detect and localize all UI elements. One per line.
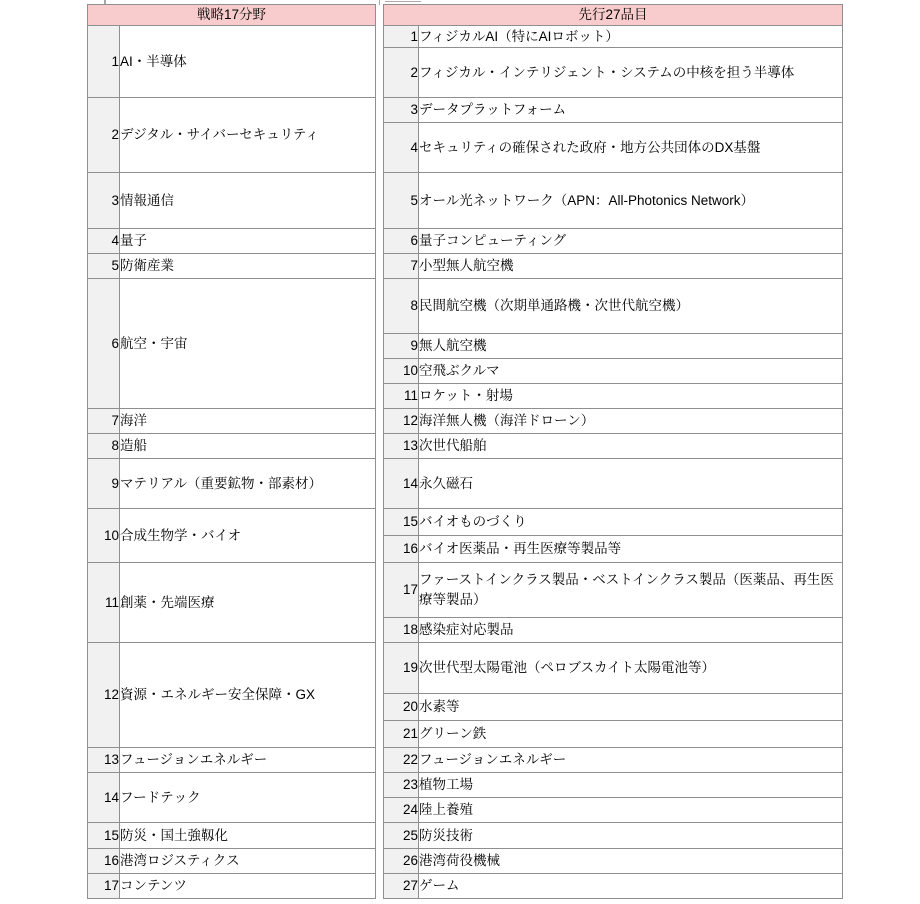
field-number-cell: 17 — [88, 874, 120, 899]
item-number-cell: 1 — [384, 26, 419, 48]
item-label-cell: ロケット・射場 — [419, 384, 843, 409]
item-label-cell: ゲーム — [419, 874, 843, 899]
field-number-cell: 7 — [88, 409, 120, 434]
item-label-cell: 港湾荷役機械 — [419, 849, 843, 874]
field-row: 2デジタル・サイバーセキュリティ — [88, 98, 376, 173]
item-number-cell: 2 — [384, 48, 419, 98]
item-number-cell: 24 — [384, 798, 419, 823]
item-row: 8民間航空機（次期単通路機・次世代航空機） — [384, 279, 843, 334]
items-column-header: 先行27品目 — [384, 5, 843, 26]
item-row: 6量子コンピューティング — [384, 229, 843, 254]
item-label-cell: フィジカルAI（特にAIロボット） — [419, 26, 843, 48]
item-label-cell: オール光ネットワーク（APN：All-Photonics Network） — [419, 173, 843, 229]
item-row: 2フィジカル・インテリジェント・システムの中核を担う半導体 — [384, 48, 843, 98]
field-row: 14フードテック — [88, 773, 376, 823]
field-number-cell: 15 — [88, 823, 120, 849]
item-label-cell: 次世代船舶 — [419, 434, 843, 459]
item-number-cell: 19 — [384, 643, 419, 694]
field-number-cell: 5 — [88, 254, 120, 279]
item-label-cell: 無人航空機 — [419, 334, 843, 359]
item-number-cell: 6 — [384, 229, 419, 254]
item-number-cell: 4 — [384, 123, 419, 173]
field-row: 15防災・国土強靱化 — [88, 823, 376, 849]
field-row: 5防衛産業 — [88, 254, 376, 279]
field-label-cell: 造船 — [120, 434, 376, 459]
field-label-cell: 航空・宇宙 — [120, 279, 376, 409]
field-number-cell: 4 — [88, 229, 120, 254]
field-number-cell: 12 — [88, 643, 120, 748]
item-row: 14永久磁石 — [384, 459, 843, 509]
item-row: 9無人航空機 — [384, 334, 843, 359]
field-label-cell: 量子 — [120, 229, 376, 254]
item-row: 10空飛ぶクルマ — [384, 359, 843, 384]
field-number-cell: 14 — [88, 773, 120, 823]
strategy-fields-table: 戦略17分野 1AI・半導体2デジタル・サイバーセキュリティ3情報通信4量子5防… — [87, 4, 376, 899]
field-number-cell: 8 — [88, 434, 120, 459]
field-row: 6航空・宇宙 — [88, 279, 376, 409]
field-row: 3情報通信 — [88, 173, 376, 229]
field-number-cell: 2 — [88, 98, 120, 173]
item-label-cell: セキュリティの確保された政府・地方公共団体のDX基盤 — [419, 123, 843, 173]
field-row: 11創薬・先端医療 — [88, 563, 376, 643]
field-label-cell: 創薬・先端医療 — [120, 563, 376, 643]
field-number-cell: 9 — [88, 459, 120, 509]
field-label-cell: フードテック — [120, 773, 376, 823]
item-row: 18感染症対応製品 — [384, 618, 843, 643]
field-row: 13フュージョンエネルギー — [88, 748, 376, 773]
item-number-cell: 22 — [384, 748, 419, 773]
item-label-cell: 感染症対応製品 — [419, 618, 843, 643]
item-row: 17ファーストインクラス製品・ベストインクラス製品（医薬品、再生医療等製品） — [384, 563, 843, 618]
item-number-cell: 14 — [384, 459, 419, 509]
item-number-cell: 13 — [384, 434, 419, 459]
item-label-cell: バイオ医薬品・再生医療等製品等 — [419, 536, 843, 563]
field-label-cell: デジタル・サイバーセキュリティ — [120, 98, 376, 173]
item-label-cell: フィジカル・インテリジェント・システムの中核を担う半導体 — [419, 48, 843, 98]
item-number-cell: 3 — [384, 98, 419, 123]
item-row: 26港湾荷役機械 — [384, 849, 843, 874]
field-label-cell: 港湾ロジスティクス — [120, 849, 376, 874]
field-label-cell: コンテンツ — [120, 874, 376, 899]
item-label-cell: フュージョンエネルギー — [419, 748, 843, 773]
item-number-cell: 15 — [384, 509, 419, 536]
item-number-cell: 11 — [384, 384, 419, 409]
field-row: 4量子 — [88, 229, 376, 254]
item-label-cell: 水素等 — [419, 694, 843, 721]
item-number-cell: 5 — [384, 173, 419, 229]
item-label-cell: 植物工場 — [419, 773, 843, 798]
item-label-cell: バイオものづくり — [419, 509, 843, 536]
field-row: 17コンテンツ — [88, 874, 376, 899]
field-row: 1AI・半導体 — [88, 26, 376, 98]
item-label-cell: 民間航空機（次期単通路機・次世代航空機） — [419, 279, 843, 334]
item-number-cell: 23 — [384, 773, 419, 798]
item-label-cell: 量子コンピューティング — [419, 229, 843, 254]
field-row: 12資源・エネルギー安全保障・GX — [88, 643, 376, 748]
field-label-cell: マテリアル（重要鉱物・部素材） — [120, 459, 376, 509]
item-number-cell: 27 — [384, 874, 419, 899]
item-number-cell: 20 — [384, 694, 419, 721]
item-number-cell: 12 — [384, 409, 419, 434]
item-row: 13次世代船舶 — [384, 434, 843, 459]
field-row: 8造船 — [88, 434, 376, 459]
item-row: 11ロケット・射場 — [384, 384, 843, 409]
field-label-cell: 防衛産業 — [120, 254, 376, 279]
item-number-cell: 10 — [384, 359, 419, 384]
field-number-cell: 16 — [88, 849, 120, 874]
field-label-cell: 合成生物学・バイオ — [120, 509, 376, 563]
field-row: 7海洋 — [88, 409, 376, 434]
field-number-cell: 10 — [88, 509, 120, 563]
item-row: 20水素等 — [384, 694, 843, 721]
item-label-cell: データプラットフォーム — [419, 98, 843, 123]
item-number-cell: 7 — [384, 254, 419, 279]
item-label-cell: 永久磁石 — [419, 459, 843, 509]
field-label-cell: フュージョンエネルギー — [120, 748, 376, 773]
item-row: 19次世代型太陽電池（ペロブスカイト太陽電池等） — [384, 643, 843, 694]
strategy-items-mapping-table: 戦略17分野 1AI・半導体2デジタル・サイバーセキュリティ3情報通信4量子5防… — [87, 4, 843, 899]
item-number-cell: 17 — [384, 563, 419, 618]
item-label-cell: 次世代型太陽電池（ペロブスカイト太陽電池等） — [419, 643, 843, 694]
item-row: 7小型無人航空機 — [384, 254, 843, 279]
item-label-cell: 陸上養殖 — [419, 798, 843, 823]
field-row: 10合成生物学・バイオ — [88, 509, 376, 563]
item-row: 27ゲーム — [384, 874, 843, 899]
field-number-cell: 6 — [88, 279, 120, 409]
field-number-cell: 1 — [88, 26, 120, 98]
crop-remnant-line — [385, 1, 421, 2]
item-row: 1フィジカルAI（特にAIロボット） — [384, 26, 843, 48]
item-row: 3データプラットフォーム — [384, 98, 843, 123]
item-number-cell: 21 — [384, 721, 419, 748]
field-number-cell: 11 — [88, 563, 120, 643]
leading-items-table: 先行27品目 1フィジカルAI（特にAIロボット）2フィジカル・インテリジェント… — [383, 4, 843, 899]
item-row: 16バイオ医薬品・再生医療等製品等 — [384, 536, 843, 563]
item-row: 5オール光ネットワーク（APN：All-Photonics Network） — [384, 173, 843, 229]
item-label-cell: ファーストインクラス製品・ベストインクラス製品（医薬品、再生医療等製品） — [419, 563, 843, 618]
strategy-column-header: 戦略17分野 — [88, 5, 376, 26]
item-row: 15バイオものづくり — [384, 509, 843, 536]
item-row: 23植物工場 — [384, 773, 843, 798]
item-label-cell: 海洋無人機（海洋ドローン） — [419, 409, 843, 434]
item-number-cell: 8 — [384, 279, 419, 334]
item-number-cell: 18 — [384, 618, 419, 643]
item-row: 21グリーン鉄 — [384, 721, 843, 748]
field-row: 16港湾ロジスティクス — [88, 849, 376, 874]
field-label-cell: 情報通信 — [120, 173, 376, 229]
field-label-cell: 海洋 — [120, 409, 376, 434]
items-header-row: 先行27品目 — [384, 5, 843, 26]
item-label-cell: 小型無人航空機 — [419, 254, 843, 279]
item-number-cell: 26 — [384, 849, 419, 874]
field-label-cell: 防災・国土強靱化 — [120, 823, 376, 849]
item-row: 24陸上養殖 — [384, 798, 843, 823]
item-number-cell: 9 — [384, 334, 419, 359]
field-number-cell: 13 — [88, 748, 120, 773]
item-label-cell: グリーン鉄 — [419, 721, 843, 748]
item-label-cell: 空飛ぶクルマ — [419, 359, 843, 384]
field-label-cell: AI・半導体 — [120, 26, 376, 98]
field-label-cell: 資源・エネルギー安全保障・GX — [120, 643, 376, 748]
item-row: 25防災技術 — [384, 823, 843, 849]
item-label-cell: 防災技術 — [419, 823, 843, 849]
field-row: 9マテリアル（重要鉱物・部素材） — [88, 459, 376, 509]
item-row: 4セキュリティの確保された政府・地方公共団体のDX基盤 — [384, 123, 843, 173]
item-number-cell: 16 — [384, 536, 419, 563]
field-number-cell: 3 — [88, 173, 120, 229]
item-row: 12海洋無人機（海洋ドローン） — [384, 409, 843, 434]
strategy-header-row: 戦略17分野 — [88, 5, 376, 26]
item-number-cell: 25 — [384, 823, 419, 849]
item-row: 22フュージョンエネルギー — [384, 748, 843, 773]
